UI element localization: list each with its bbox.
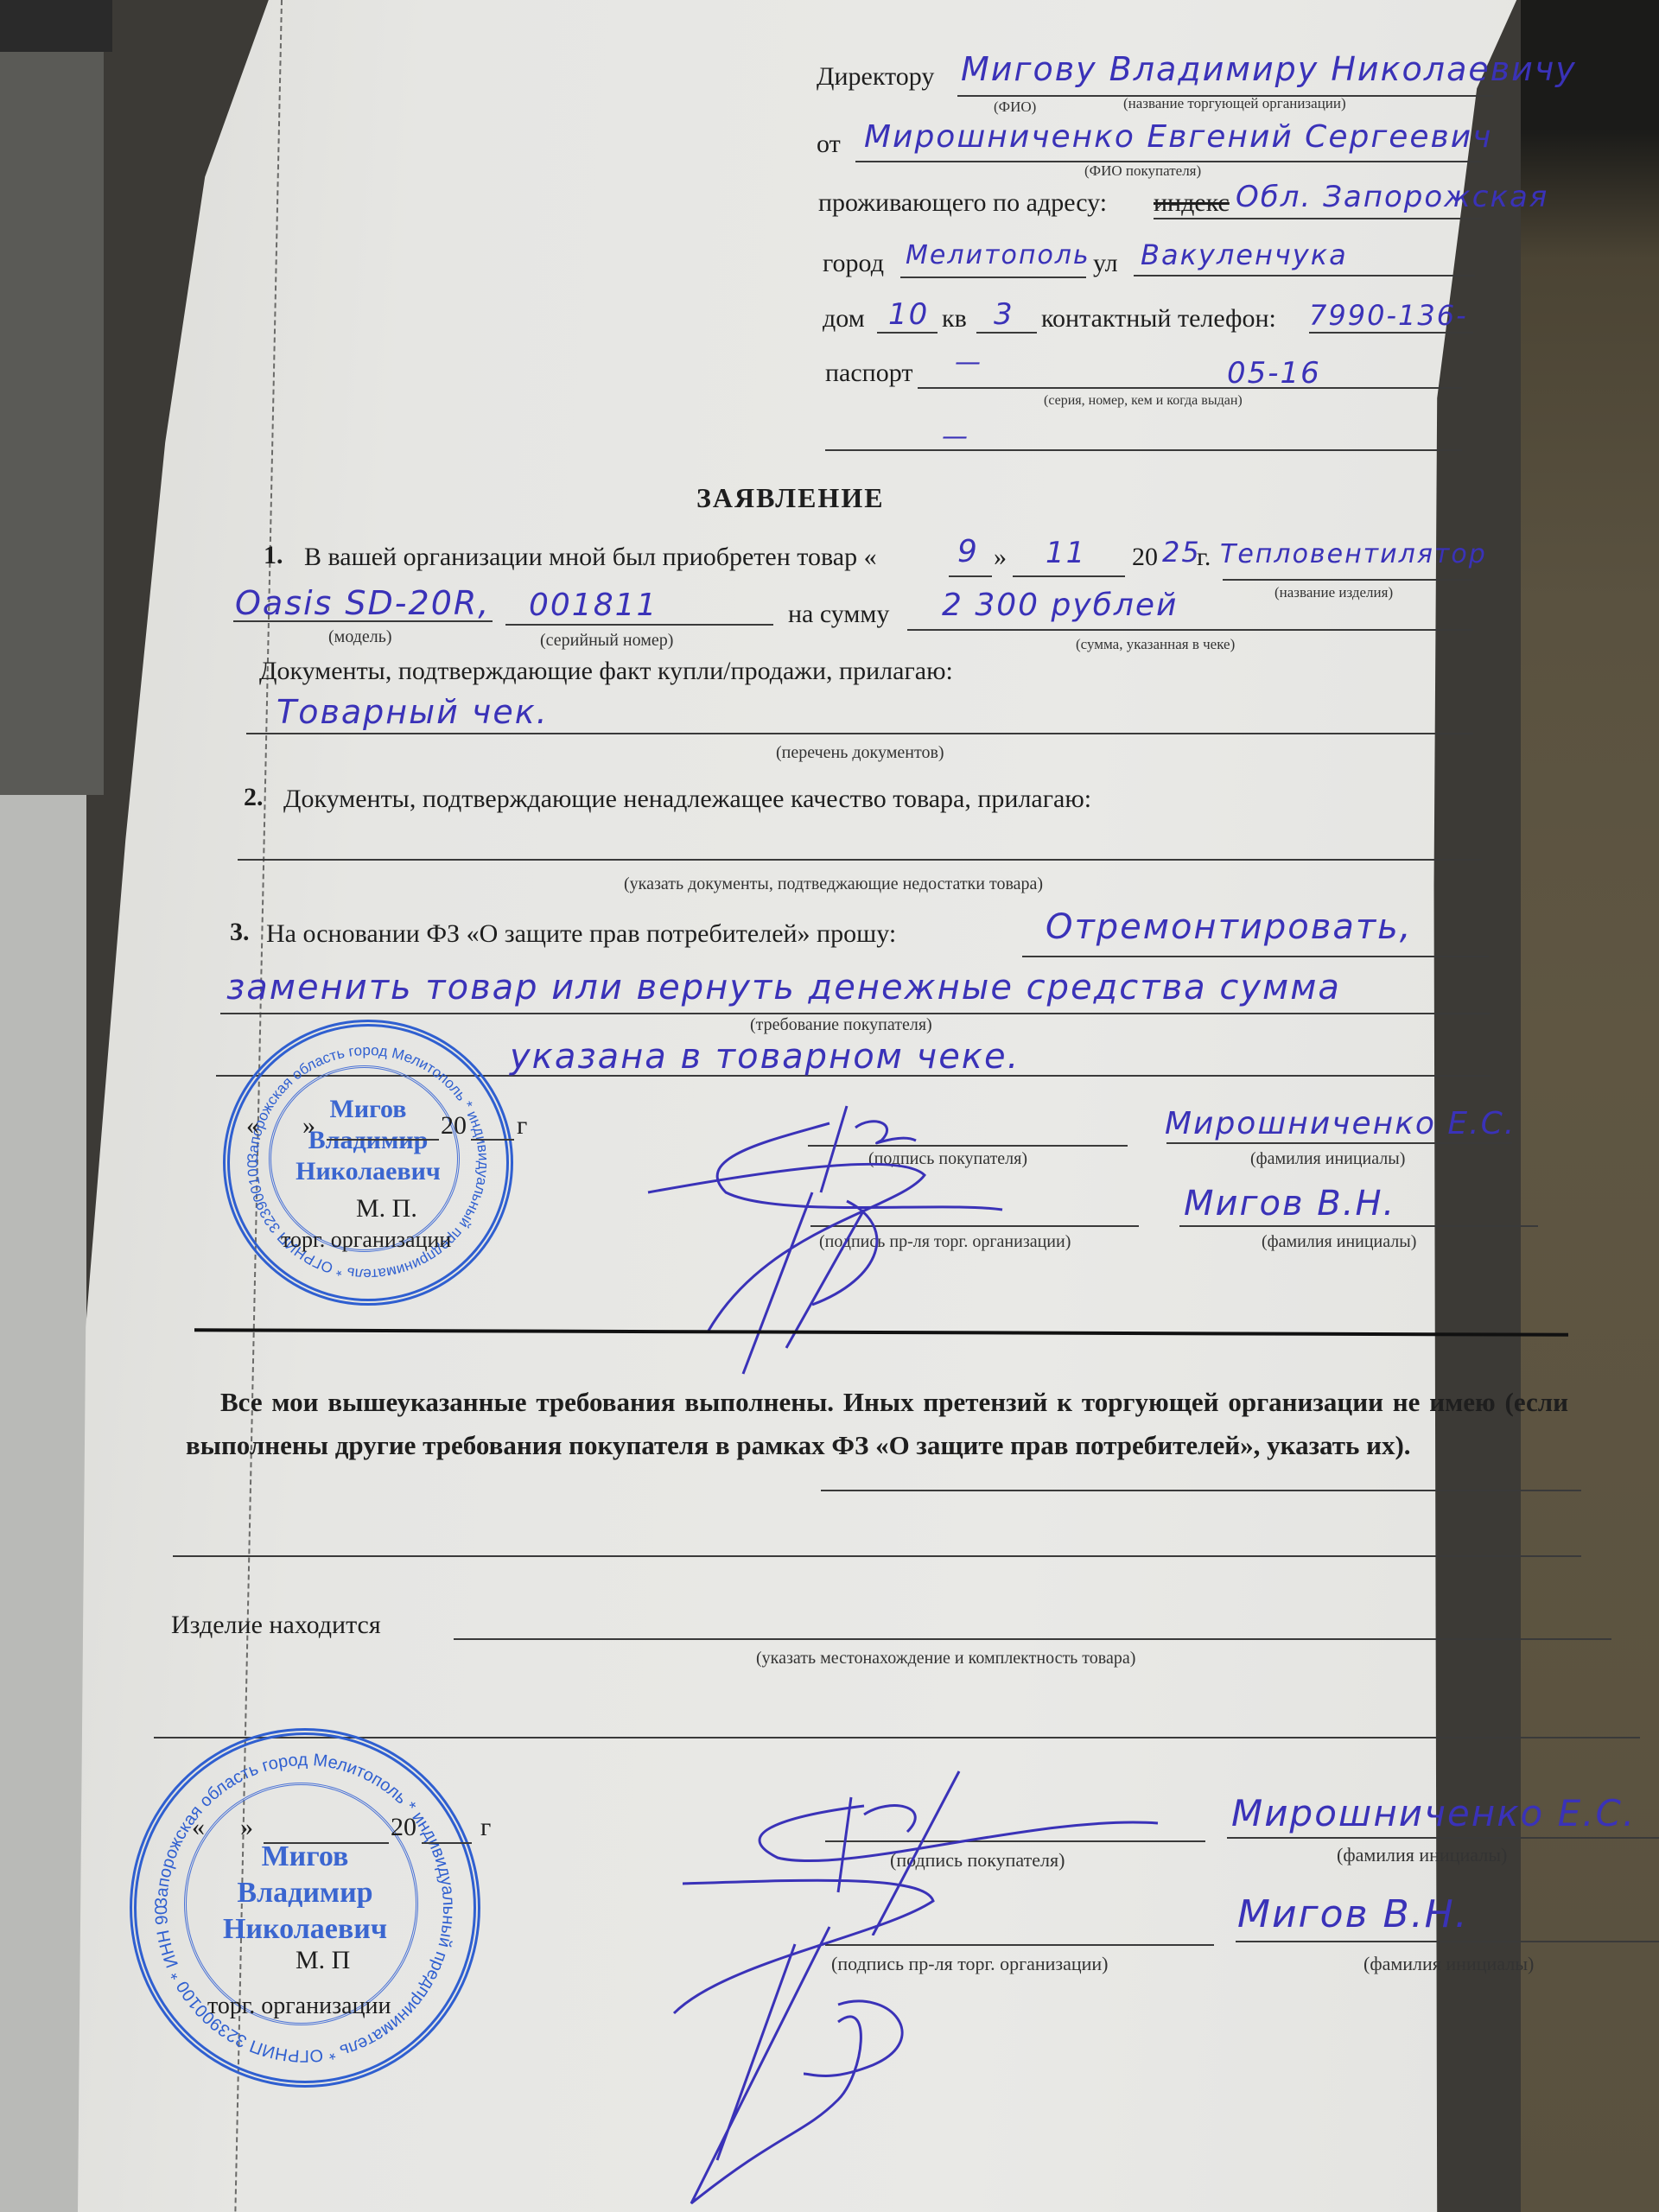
passport-dash: — (955, 347, 982, 378)
year-prefix: 20 (1132, 543, 1158, 572)
address-label: проживающего по адресу: (818, 188, 1107, 218)
purchase-year-suffix: 25 (1162, 536, 1201, 569)
closing-other-line (821, 1490, 1581, 1491)
date-open-2: « (192, 1813, 205, 1842)
request-line-1 (1022, 956, 1489, 957)
address-index-struck: индекс (1154, 188, 1230, 218)
sum-caption: (сумма, указанная в чеке) (1076, 636, 1235, 653)
seller-signature-2 (553, 1875, 1158, 2212)
phone-label: контактный телефон: (1041, 304, 1276, 334)
date-month-line-2 (264, 1842, 389, 1844)
request-caption: (требование покупателя) (750, 1015, 932, 1035)
city-value: Мелитополь (906, 240, 1090, 270)
street-value: Вакуленчука (1141, 238, 1348, 271)
address-line (1154, 218, 1482, 219)
street-line (1134, 275, 1475, 276)
date-close-1: » (302, 1111, 315, 1141)
passport-line-2 (825, 449, 1462, 451)
section-3-number: 3. (230, 918, 250, 947)
serial-value: 001811 (529, 588, 658, 623)
director-caption-org: (название торгующей организации) (1123, 95, 1346, 112)
buyer-name-caption-2: (фамилия инициалы) (1337, 1844, 1507, 1866)
director-value: Мигову Владимиру Николаевичу (961, 50, 1577, 88)
sum-line (907, 629, 1473, 631)
product-caption: (название изделия) (1274, 584, 1393, 601)
org-label-1: торг. организации (281, 1227, 451, 1253)
item-location-label: Изделие находится (171, 1611, 381, 1640)
street-label: ул (1093, 249, 1118, 278)
docs-value: Товарный чек. (276, 693, 549, 731)
apt-label: кв (942, 304, 967, 334)
passport-line-2-dash: — (942, 422, 969, 452)
address-value: Обл. Запорожская (1236, 180, 1548, 214)
year-g: г. (1197, 543, 1211, 572)
from-label: от (817, 130, 841, 159)
phone-value: 7990-136- (1309, 299, 1468, 332)
date-open-1: « (246, 1111, 259, 1141)
stamp-ring-text: Запорожская область город Мелитополь * и… (230, 1027, 506, 1299)
closing-line-2 (173, 1555, 1581, 1557)
director-label: Директору (817, 62, 934, 92)
passport-value: 05-16 (1227, 356, 1321, 391)
buyer-name-line-1 (1166, 1142, 1512, 1144)
buyer-name-caption-1: (фамилия инициалы) (1250, 1149, 1405, 1169)
date-close-2: » (240, 1813, 253, 1842)
section-2-text: Документы, подтверждающие ненадлежащее к… (283, 785, 1091, 814)
model-value: Oasis SD-20R, (235, 584, 490, 622)
request-text-3: указана в товарном чеке. (510, 1037, 1020, 1077)
apt-value: 3 (994, 297, 1014, 332)
docs-line (246, 733, 1473, 734)
date-g-2: г (480, 1813, 491, 1842)
from-value: Мирошниченко Евгений Сергеевич (864, 119, 1492, 155)
org-label-2: торг. организации (207, 1993, 391, 2020)
house-value: 10 (888, 297, 929, 332)
mp-1: М. П. (356, 1194, 417, 1224)
date-g-1: г (517, 1111, 527, 1141)
day-line (949, 575, 992, 577)
sum-value: 2 300 рублей (942, 588, 1178, 623)
buyer-name-1: Мирошниченко Е.С. (1165, 1106, 1516, 1141)
docs-caption: (перечень документов) (776, 743, 944, 763)
closing-paragraph: Все мои вышеуказанные требования выполне… (186, 1381, 1568, 1467)
background-dark-top (0, 0, 112, 52)
passport-line (918, 387, 1462, 389)
seller-name-caption-2: (фамилия инициалы) (1363, 1953, 1534, 1975)
official-stamp-2: Мигов Владимир Николаевич Запорожская об… (130, 1728, 480, 2088)
stamp-ring-text-2: Запорожская область город Мелитополь * и… (137, 1735, 474, 2081)
house-line (877, 332, 938, 334)
section-1-text: В вашей организации мной был приобретен … (304, 543, 877, 572)
date-year-line-2 (422, 1842, 472, 1844)
day-quote-close: » (994, 543, 1007, 572)
purchase-day: 9 (957, 534, 979, 569)
date-year-line-1 (471, 1139, 514, 1141)
product-line (1223, 579, 1473, 581)
month-line (1013, 575, 1125, 577)
house-label: дом (823, 304, 865, 334)
serial-caption: (серийный номер) (540, 631, 673, 651)
serial-line (505, 624, 773, 626)
item-location-caption: (указать местонахождение и комплектность… (756, 1649, 1135, 1669)
purchase-month: 11 (1046, 536, 1086, 570)
request-text-2: заменить товар или вернуть денежные сред… (226, 968, 1341, 1007)
background-desk (1521, 0, 1659, 2212)
item-location-line (454, 1638, 1611, 1640)
mp-2: М. П (296, 1946, 350, 1975)
city-label: город (823, 249, 884, 278)
sum-label: на сумму (788, 600, 889, 629)
buyer-name-2: Мирошниченко Е.С. (1231, 1792, 1636, 1834)
seller-name-line-1 (1179, 1225, 1538, 1227)
section-2-caption: (указать документы, подтведжающие недост… (624, 874, 1043, 894)
from-caption: (ФИО покупателя) (1084, 162, 1201, 180)
section-1-number: 1. (264, 541, 283, 570)
phone-line (1309, 332, 1473, 334)
seller-name-1: Мигов В.Н. (1184, 1184, 1395, 1224)
request-text-1: Отремонтировать, (1046, 907, 1412, 947)
date-year-prefix-2: 20 (391, 1813, 416, 1842)
date-year-prefix-1: 20 (441, 1111, 467, 1141)
passport-caption: (серия, номер, кем и когда выдан) (1044, 393, 1243, 409)
model-caption: (модель) (328, 627, 392, 647)
document-title: ЗАЯВЛЕНИЕ (696, 482, 885, 514)
section-3-text: На основании ФЗ «О защите прав потребите… (266, 919, 896, 949)
buyer-name-line-2 (1227, 1837, 1659, 1839)
director-caption-fio: (ФИО) (994, 99, 1036, 116)
official-stamp-1: Мигов Владимир Николаевич Запорожская об… (223, 1020, 513, 1306)
passport-label: паспорт (825, 359, 912, 388)
date-month-line-1 (327, 1139, 439, 1141)
background-gray-surface (0, 52, 104, 795)
apt-line (976, 332, 1037, 334)
section-2-line (238, 859, 1482, 861)
seller-name-2: Мигов В.Н. (1237, 1892, 1469, 1936)
background-lower-surface (0, 795, 86, 2212)
section-2-number: 2. (244, 783, 264, 812)
seller-name-caption-1: (фамилия инициалы) (1262, 1232, 1416, 1252)
seller-name-line-2 (1236, 1941, 1659, 1942)
seller-signature-1 (639, 1158, 1158, 1382)
request-line-2 (220, 1013, 1491, 1014)
docs-label: Документы, подтверждающие факт купли/про… (259, 657, 953, 686)
city-line (900, 276, 1086, 278)
product-name: Тепловентилятор (1220, 539, 1487, 569)
